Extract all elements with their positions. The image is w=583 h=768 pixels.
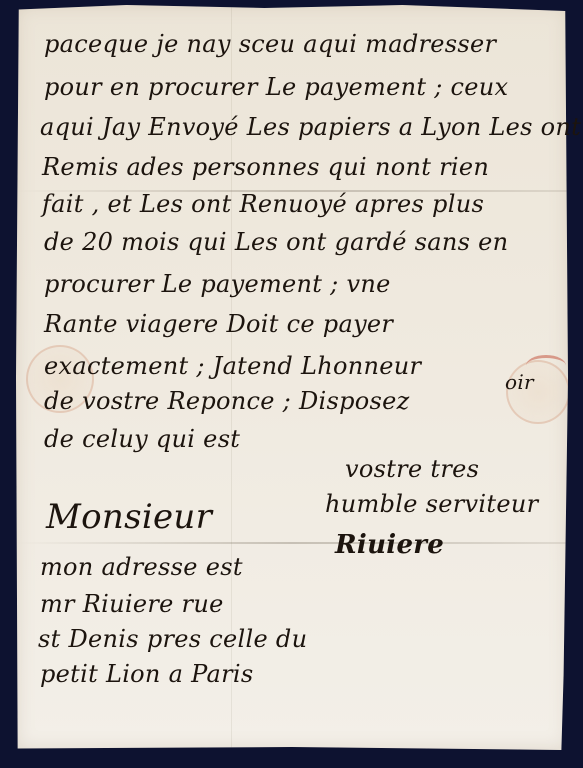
letter-line: de vostre Reponce ; Disposez [44, 387, 410, 415]
letter-line: paceque je nay sceu aqui madresser [44, 30, 496, 58]
letter-line: pour en procurer Le payement ; ceux [44, 73, 508, 101]
address-line: st Denis pres celle du [38, 625, 307, 653]
letter-line: de celuy qui est [44, 425, 240, 453]
letter-line: Rante viagere Doit ce payer [44, 310, 393, 338]
fold-line [16, 542, 568, 544]
address-line: petit Lion a Paris [40, 660, 254, 688]
closing-line: humble serviteur [325, 490, 538, 518]
address-line: mr Riuiere rue [40, 590, 224, 618]
signature: Riuiere [335, 530, 444, 560]
letter-line: Remis ades personnes qui nont rien [42, 153, 489, 181]
letter-line: procurer Le payement ; vne [44, 270, 391, 298]
letter-line: fait , et Les ont Renuoyé apres plus [42, 190, 484, 218]
closing-line: vostre tres [345, 455, 479, 483]
letter-line: aqui Jay Envoyé Les papiers a Lyon Les o… [40, 113, 581, 141]
margin-note: oir [505, 370, 534, 394]
salutation: Monsieur [46, 497, 212, 537]
address-line: mon adresse est [40, 553, 243, 581]
letter-line: exactement ; Jatend Lhonneur [44, 352, 421, 380]
letter-line: de 20 mois qui Les ont gardé sans en [44, 228, 508, 256]
